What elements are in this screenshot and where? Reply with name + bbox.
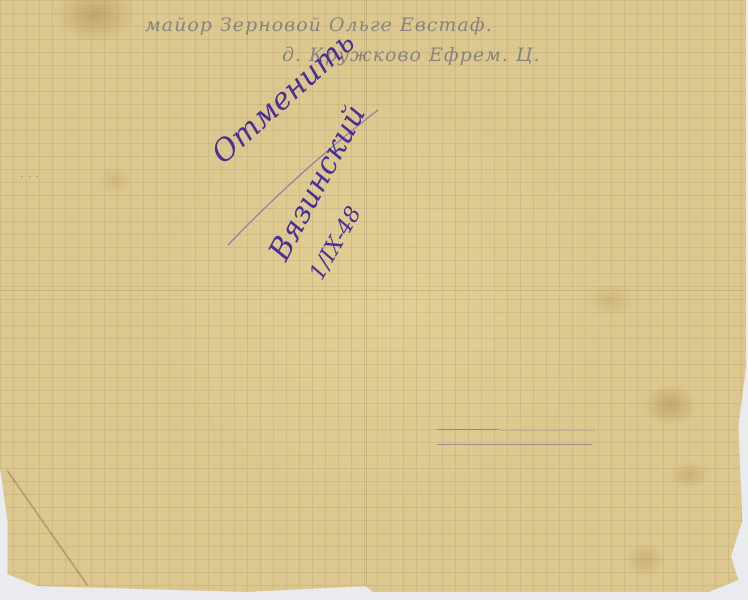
- blank-line-1: [437, 429, 499, 430]
- ink-slash-stroke: [0, 0, 748, 600]
- blank-line-2: [437, 444, 592, 445]
- paper-sheet: майор Зерновой Ольге Евстаф. д. Кружково…: [0, 0, 746, 592]
- blank-line-1-faded: [500, 430, 595, 431]
